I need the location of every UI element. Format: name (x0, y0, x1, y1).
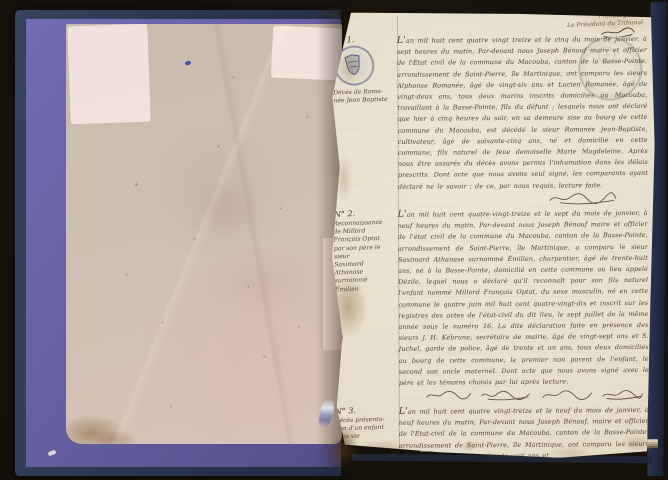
register-page: Premier Juillet Le Président du Tribunal… (317, 5, 667, 469)
act-text: L'an mil huit cent quatre-vingt-treize e… (398, 207, 649, 389)
pasted-endpaper (66, 24, 342, 444)
signature-flourish-icon (480, 389, 532, 401)
book-board-edge (352, 454, 652, 463)
entry-body: L'an mil huit cent quatre-vingt-treize e… (398, 207, 653, 402)
entry-number: N° 3. (335, 404, 393, 416)
entry-margin: N° 2. Reconnaissance de Millord François… (334, 208, 399, 403)
brown-stain-bottomleft (66, 402, 154, 444)
book-cover-left (15, 10, 341, 476)
acts-column: N° 1. Décès de Roma- née Jean Baptiste L… (333, 33, 653, 462)
act-entry-1: N° 1. Décès de Roma- née Jean Baptiste L… (333, 33, 652, 205)
entry-body: L'an mil huit cent quatre vingt treize e… (397, 33, 652, 205)
margin-note: Décès de Roma- née Jean Baptiste (333, 88, 391, 106)
entry-number: N° 2. (334, 207, 392, 219)
pink-paper-patch-topleft (67, 24, 150, 124)
signature-row (399, 387, 649, 402)
gutter-brown-stain (324, 432, 366, 470)
signature-flourish-icon (548, 191, 618, 204)
signature-flourish-icon (539, 389, 593, 401)
margin-note: Reconnaissance de Millord François Optat… (333, 219, 393, 295)
act-entry-2: N° 2. Reconnaissance de Millord François… (334, 207, 653, 403)
act-text: L'an mil huit cent quatre vingt treize e… (397, 33, 648, 193)
signature-flourish-icon (601, 388, 645, 400)
blue-ink-dot (185, 60, 192, 65)
signature-row (398, 191, 648, 205)
entry-margin: N° 1. Décès de Roma- née Jean Baptiste (333, 34, 398, 205)
scanned-register-photo: Premier Juillet Le Président du Tribunal… (0, 0, 668, 480)
foxing-specks (66, 24, 67, 25)
signature-flourish-icon (425, 389, 473, 401)
cover-purple-lining (26, 19, 341, 467)
